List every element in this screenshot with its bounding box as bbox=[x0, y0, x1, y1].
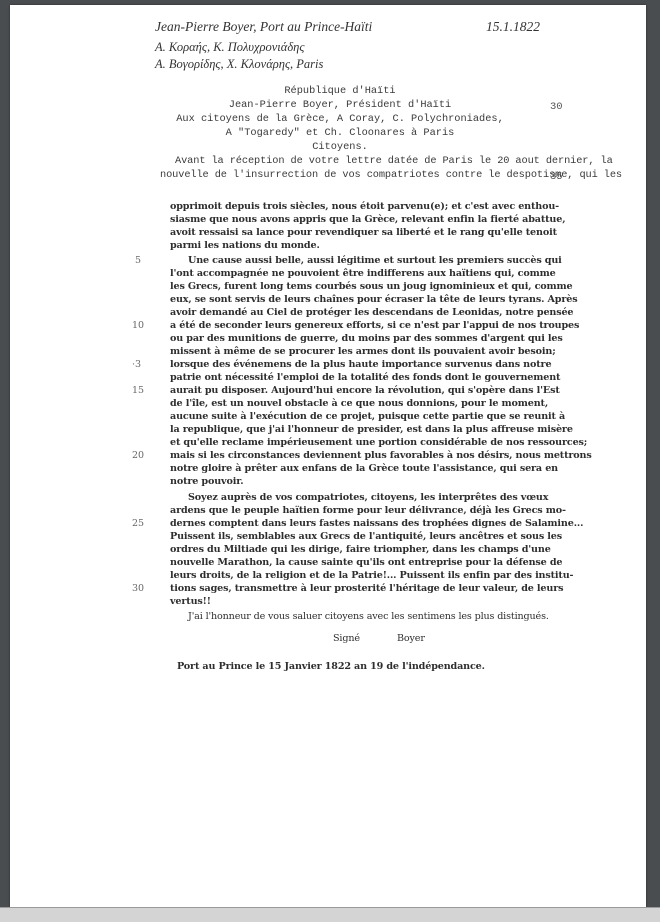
body-line: leurs droits, de la religion et de la Pa… bbox=[170, 570, 548, 581]
body-line: a été de seconder leurs genereux efforts… bbox=[170, 320, 548, 331]
body-line: eux, se sont servis de leurs chaînes pou… bbox=[170, 294, 548, 305]
body-line: nouvelle Marathon, la cause sainte qu'il… bbox=[170, 557, 548, 568]
date: 15.1.1822 bbox=[486, 19, 540, 35]
addressees-line-2: A "Togaredy" et Ch. Cloonares à Paris bbox=[140, 127, 540, 139]
body-line: les Grecs, furent long tems courbés sous… bbox=[170, 281, 548, 292]
signature-name: Boyer bbox=[397, 633, 457, 644]
body-line: aurait pu disposer. Aujourd'hui encore l… bbox=[170, 385, 548, 396]
recipients-line-1: Α. Κοραής, Κ. Πολυχρονιάδης bbox=[155, 40, 304, 55]
salutation: Citoyens. bbox=[140, 141, 540, 153]
body-line: missent à même de se procurer les armes … bbox=[170, 346, 548, 357]
margin-number-5: 5 bbox=[135, 255, 141, 266]
president-heading: Jean-Pierre Boyer, Président d'Haïti bbox=[140, 99, 540, 111]
margin-number-10: 10 bbox=[132, 320, 144, 331]
body-line: Une cause aussi belle, aussi légitime et… bbox=[170, 255, 548, 266]
body-line: mais si les circonstances deviennent plu… bbox=[170, 450, 548, 461]
signed-label: Signé bbox=[333, 633, 393, 644]
stray-mark: ·3 bbox=[132, 359, 141, 370]
body-line: patrie ont nécessité l'emploi de la tota… bbox=[170, 372, 548, 383]
body-line: vertus!! bbox=[170, 596, 548, 607]
body-line: lorsque des événemens de la plus haute i… bbox=[170, 359, 548, 370]
document-page: Jean-Pierre Boyer, Port au Prince-Haïti … bbox=[10, 5, 646, 907]
body-line: ou par des munitions de guerre, du moins… bbox=[170, 333, 548, 344]
addressees-line-1: Aux citoyens de la Grèce, A Coray, C. Po… bbox=[140, 113, 540, 125]
margin-number-30: 30 bbox=[550, 101, 563, 113]
body-line: la republique, que j'ai l'honneur de pre… bbox=[170, 424, 548, 435]
body-line: avoir demandé au Ciel de protéger les de… bbox=[170, 307, 548, 318]
body-line: ardens que le peuple haïtien forme pour … bbox=[170, 505, 548, 516]
body-line: notre gloire à prêter aux enfans de la G… bbox=[170, 463, 548, 474]
intro-line-2: nouvelle de l'insurrection de vos compat… bbox=[160, 169, 622, 181]
intro-line-1: Avant la réception de votre lettre datée… bbox=[175, 155, 613, 167]
body-line: ordres du Miltiade qui les dirige, faire… bbox=[170, 544, 548, 555]
margin-number-20: 20 bbox=[132, 450, 144, 461]
body-line: dernes comptent dans leurs fastes naissa… bbox=[170, 518, 548, 529]
body-line: de l'île, est un nouvel obstacle à ce qu… bbox=[170, 398, 548, 409]
margin-number-30-left: 30 bbox=[132, 583, 144, 594]
margin-number-25: 25 bbox=[132, 518, 144, 529]
body-line: parmi les nations du monde. bbox=[170, 240, 548, 251]
body-line: Puissent ils, semblables aux Grecs de l'… bbox=[170, 531, 548, 542]
body-line: opprimoit depuis trois siècles, nous éto… bbox=[170, 201, 548, 212]
closing-place-date: Port au Prince le 15 Janvier 1822 an 19 … bbox=[177, 661, 537, 672]
body-line: siasme que nous avons appris que la Grèc… bbox=[170, 214, 548, 225]
body-line: notre pouvoir. bbox=[170, 476, 548, 487]
body-line: aucune suite à l'exécution de ce projet,… bbox=[170, 411, 548, 422]
body-line: et qu'elle reclame impérieusement une po… bbox=[170, 437, 548, 448]
body-line: l'ont accompagnée ne pouvoient être indi… bbox=[170, 268, 548, 279]
body-line: Soyez auprès de vos compatriotes, citoye… bbox=[170, 492, 548, 503]
body-line: tions sages, transmettre à leur prosteri… bbox=[170, 583, 548, 594]
republic-heading: République d'Haïti bbox=[140, 85, 540, 97]
courtesy-line: J'ai l'honneur de vous saluer citoyens a… bbox=[170, 611, 548, 622]
recipients-line-2: Α. Βογορίδης, Χ. Κλονάρης, Paris bbox=[155, 57, 323, 72]
body-line: avoit ressaisi sa lance pour revendiquer… bbox=[170, 227, 548, 238]
viewer-bottom-bar bbox=[0, 907, 660, 922]
sender-line: Jean-Pierre Boyer, Port au Prince-Haïti bbox=[155, 19, 372, 35]
margin-number-15: 15 bbox=[132, 385, 144, 396]
